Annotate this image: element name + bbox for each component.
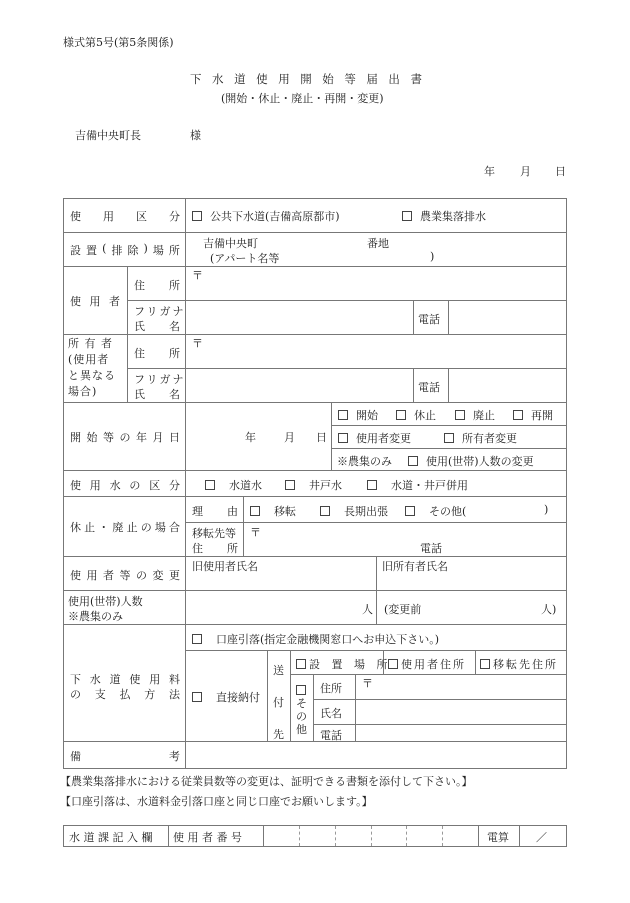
destination-address-field[interactable] (262, 526, 562, 540)
checkbox-icon (192, 634, 202, 644)
user-number-label: 使 用 者 番 号 (173, 829, 242, 845)
send-to-label: 送 付 先 (273, 655, 284, 751)
checkbox-icon (396, 410, 406, 420)
usage-agricultural-checkbox[interactable]: 農業集落排水 (402, 208, 486, 224)
checkbox-icon (192, 692, 202, 702)
reason-other-checkbox[interactable]: その他( (405, 503, 466, 519)
computer-slash: ／ (536, 829, 547, 845)
note-agricultural-docs: 【農業集落排水における従業員数等の変更は、証明できる書類を添付して下さい。】 (60, 773, 473, 789)
payment-direct-checkbox[interactable]: 直接納付 (192, 689, 260, 705)
other-address-label: 住所 (320, 680, 342, 696)
other-name-label: 氏名 (320, 705, 342, 721)
checkbox-icon (367, 480, 377, 490)
water-tap-checkbox[interactable]: 水道水 (205, 477, 262, 493)
household-before-label: (変更前 (384, 601, 421, 617)
owner-furigana-label: フリガナ (134, 371, 185, 387)
user-phone-label: 電話 (418, 311, 440, 327)
household-before-close: 人) (541, 601, 556, 617)
usage-type-label: 使用区分 (70, 208, 180, 224)
owner-label: 所 有 者 (使用者 と異なる 場合) (68, 336, 116, 400)
user-furigana-label: フリガナ (134, 303, 185, 319)
owner-address-label: 住所 (134, 345, 180, 361)
owner-name-field[interactable] (190, 371, 410, 399)
household-label: 使用(世帯)人数 (68, 593, 143, 609)
start-date-label: 開始等の年月日 (70, 429, 180, 445)
owner-phone-field[interactable] (452, 371, 562, 399)
user-address-field[interactable] (200, 270, 560, 296)
household-before-field[interactable] (430, 596, 530, 620)
other-address-field[interactable] (372, 677, 562, 697)
location-address-field[interactable] (260, 235, 360, 249)
user-phone-field[interactable] (452, 303, 562, 331)
user-name-label: 氏名 (134, 318, 180, 334)
farm-only-note: ※農集のみ (337, 453, 392, 469)
remarks-label: 備考 (70, 748, 180, 764)
location-apartment-label: (アパート名等 (210, 250, 279, 266)
old-user-name-field[interactable] (190, 572, 372, 587)
other-phone-field[interactable] (358, 726, 562, 740)
household-change-checkbox[interactable]: 使用(世帯)人数の変更 (408, 453, 534, 469)
type-abolish-checkbox[interactable]: 廃止 (455, 407, 495, 423)
type-resume-checkbox[interactable]: 再開 (513, 407, 553, 423)
checkbox-icon (388, 659, 398, 669)
checkbox-icon (338, 433, 348, 443)
user-address-label: 住所 (134, 277, 180, 293)
checkbox-icon (205, 480, 215, 490)
old-owner-name-field[interactable] (380, 572, 562, 587)
reason-other-close: ) (544, 503, 548, 516)
start-month-label: 月 (284, 429, 295, 445)
location-lot-label: 番地 (367, 235, 389, 251)
change-user-checkbox[interactable]: 使用者変更 (338, 430, 411, 446)
type-suspend-checkbox[interactable]: 休止 (396, 407, 436, 423)
destination-address-label: 住所 (192, 540, 238, 556)
suspension-label: 休止・廃止の場合 (70, 519, 180, 535)
checkbox-icon (480, 659, 490, 669)
user-number-field[interactable] (266, 827, 476, 845)
form-number: 様式第5号(第5条関係) (63, 34, 174, 50)
checkbox-icon (285, 480, 295, 490)
date-month-label: 月 (520, 163, 531, 179)
send-to-user-address-checkbox[interactable]: 使用者住所 (388, 656, 466, 672)
destination-label: 移転先等 (192, 525, 236, 541)
checkbox-icon (296, 659, 306, 669)
remarks-field[interactable] (188, 743, 563, 766)
start-day-label: 日 (316, 429, 327, 445)
other-name-field[interactable] (358, 701, 562, 722)
send-to-location-checkbox[interactable]: 設 置 場 所 (296, 656, 392, 672)
checkbox-icon (455, 410, 465, 420)
payment-label-line2: の支払方法 (70, 686, 180, 702)
reason-business-trip-checkbox[interactable]: 長期出張 (320, 503, 388, 519)
checkbox-icon (408, 456, 418, 466)
reason-move-checkbox[interactable]: 移転 (250, 503, 296, 519)
send-to-other-checkbox[interactable]: そ の 他 (296, 684, 307, 736)
honorific: 様 (190, 127, 201, 143)
payment-label-line1: 下水道使用料 (70, 671, 180, 687)
send-to-new-address-checkbox[interactable]: 移転先住所 (480, 656, 558, 672)
reason-label: 理由 (192, 503, 238, 519)
page-title: 下水道使用開始等届出書 (190, 71, 422, 87)
checkbox-icon (402, 211, 412, 221)
date-year-label: 年 (484, 163, 495, 179)
household-farm-note: ※農集のみ (68, 608, 123, 624)
other-phone-label: 電話 (320, 727, 342, 743)
user-label: 使用者 (70, 293, 120, 309)
household-unit: 人 (362, 601, 373, 617)
water-both-checkbox[interactable]: 水道・井戸併用 (367, 477, 468, 493)
office-use-label: 水 道 課 記 入 欄 (69, 829, 152, 845)
water-well-checkbox[interactable]: 井戸水 (285, 477, 342, 493)
checkbox-icon (320, 506, 330, 516)
change-owner-checkbox[interactable]: 所有者変更 (444, 430, 517, 446)
checkbox-icon (338, 410, 348, 420)
usage-public-sewer-checkbox[interactable]: 公共下水道(吉備高原都市) (192, 208, 340, 224)
checkbox-icon (192, 211, 202, 221)
owner-name-label: 氏名 (134, 386, 180, 402)
addressee: 吉備中央町長 (75, 127, 141, 143)
computer-label: 電算 (487, 829, 509, 845)
checkbox-icon (405, 506, 415, 516)
start-year-label: 年 (245, 429, 256, 445)
reason-other-field[interactable] (459, 503, 539, 517)
date-day-label: 日 (555, 163, 566, 179)
note-account-debit: 【口座引落は、水道料金引落口座と同じ口座でお願いします。】 (60, 793, 373, 809)
household-count-field[interactable] (190, 596, 360, 620)
checkbox-icon (444, 433, 454, 443)
location-town: 吉備中央町 (203, 235, 258, 251)
user-change-label: 使用者等の変更 (70, 567, 180, 583)
payment-account-debit-checkbox[interactable]: 口座引落(指定金融機関窓口へお申込下さい。) (192, 631, 439, 647)
checkbox-icon (250, 506, 260, 516)
owner-address-field[interactable] (200, 338, 560, 364)
type-start-checkbox[interactable]: 開始 (338, 407, 378, 423)
page-subtitle: (開始・休止・廃止・再開・変更) (221, 90, 384, 106)
checkbox-icon (513, 410, 523, 420)
postal-mark: 〒 (250, 524, 261, 540)
location-label: 設置(排除)場所 (70, 242, 180, 258)
owner-phone-label: 電話 (418, 379, 440, 395)
checkbox-icon (296, 685, 306, 695)
location-apartment-close: ) (430, 250, 434, 263)
destination-phone-label: 電話 (420, 540, 442, 556)
user-name-field[interactable] (190, 303, 410, 331)
water-type-label: 使用水の区分 (70, 477, 180, 493)
